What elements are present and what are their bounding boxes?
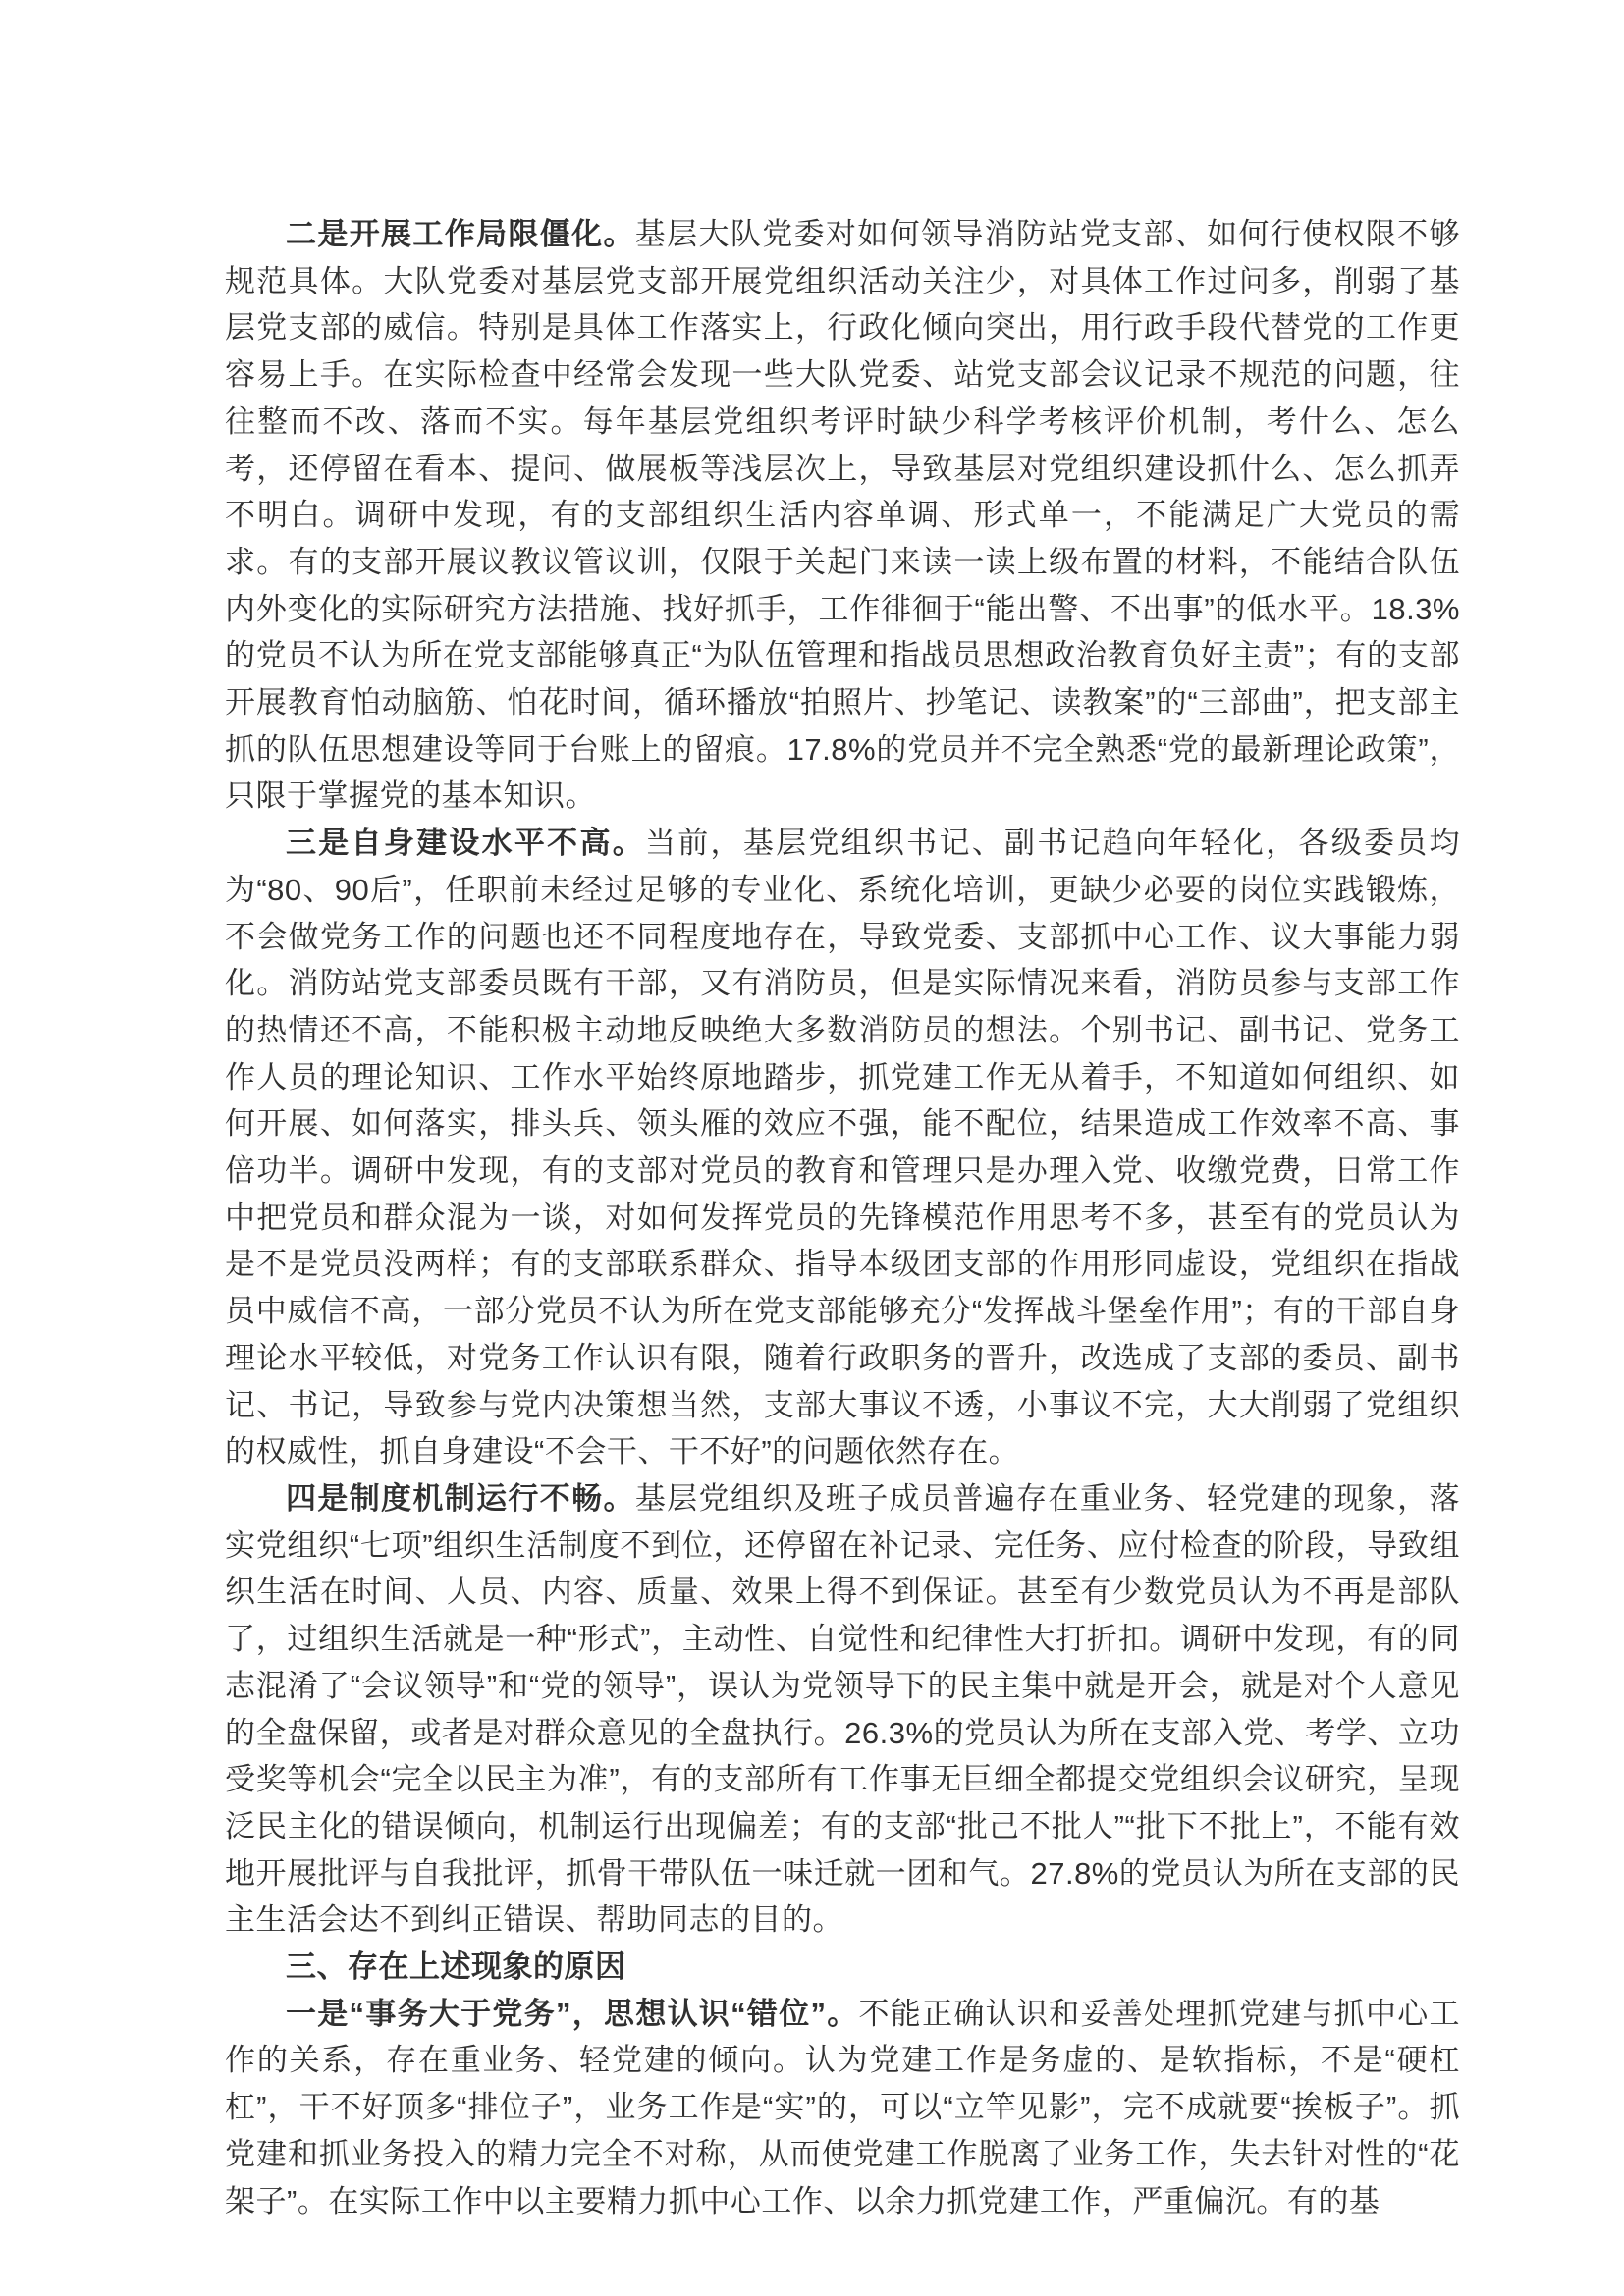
document-text-block: 二是开展工作局限僵化。基层大队党委对如何领导消防站党支部、如何行使权限不够规范具… bbox=[225, 211, 1460, 2224]
paragraph-lead: 四是制度机制运行不畅。 bbox=[286, 1481, 635, 1516]
paragraph-point-three: 三是自身建设水平不高。当前，基层党组织书记、副书记趋向年轻化，各级委员均为“80… bbox=[225, 820, 1460, 1475]
paragraph-reason-one: 一是“事务大于党务”，思想认识“错位”。不能正确认识和妥善处理抓党建与抓中心工作… bbox=[225, 1991, 1460, 2225]
paragraph-lead: 二是开展工作局限僵化。 bbox=[286, 217, 635, 251]
paragraph-lead: 一是“事务大于党务”，思想认识“错位”。 bbox=[286, 1997, 859, 2031]
paragraph-point-four: 四是制度机制运行不畅。基层党组织及班子成员普遍存在重业务、轻党建的现象，落实党组… bbox=[225, 1475, 1460, 1944]
paragraph-body: 基层大队党委对如何领导消防站党支部、如何行使权限不够规范具体。大队党委对基层党支… bbox=[225, 217, 1460, 813]
paragraph-body: 当前，基层党组织书记、副书记趋向年轻化，各级委员均为“80、90后”，任职前未经… bbox=[225, 826, 1460, 1468]
section-heading-reasons: 三、存在上述现象的原因 bbox=[225, 1944, 1460, 1991]
paragraph-body: 基层党组织及班子成员普遍存在重业务、轻党建的现象，落实党组织“七项”组织生活制度… bbox=[225, 1481, 1460, 1937]
paragraph-point-two: 二是开展工作局限僵化。基层大队党委对如何领导消防站党支部、如何行使权限不够规范具… bbox=[225, 211, 1460, 820]
document-page: 二是开展工作局限僵化。基层大队党委对如何领导消防站党支部、如何行使权限不够规范具… bbox=[0, 0, 1624, 2296]
paragraph-lead: 三是自身建设水平不高。 bbox=[286, 826, 645, 860]
